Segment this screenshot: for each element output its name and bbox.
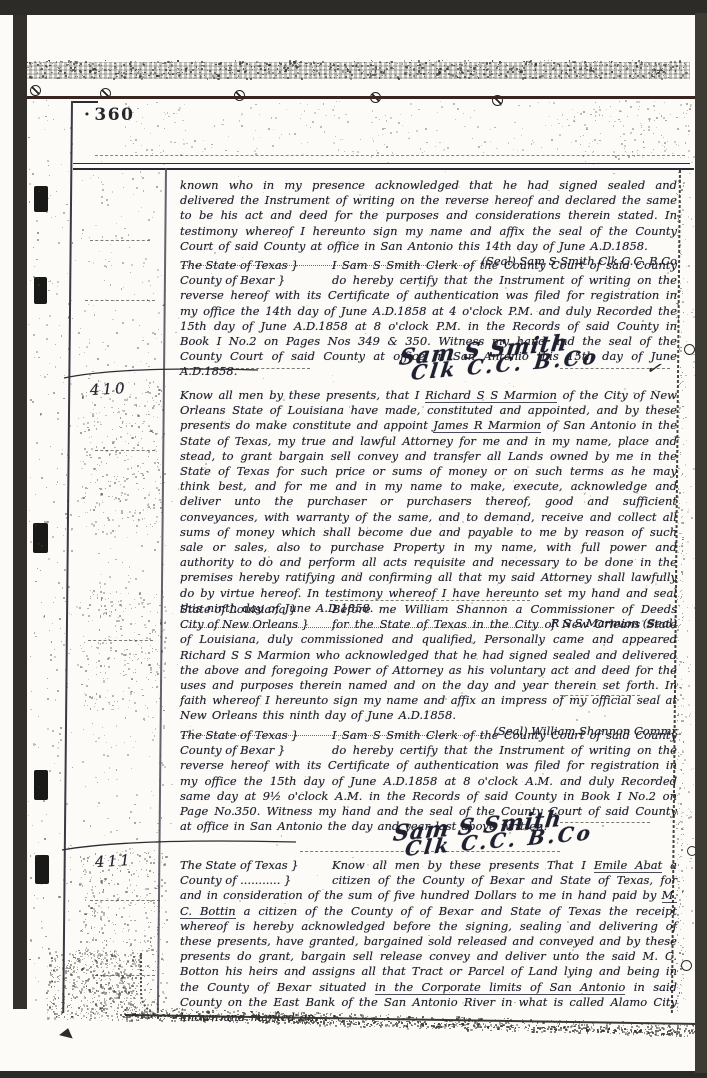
stray-mark-icon [681,960,692,971]
frame-line-top [73,163,690,164]
ruling-dash [95,450,155,451]
hole-punch-mark [34,277,47,304]
deed-entry: State of Louisiana } City of New Orleans… [180,602,677,739]
scan-border-bottom [0,1071,707,1078]
frame-dashed-line [95,155,685,156]
screw-head-icon [30,85,41,96]
page-corner-curve [140,953,184,1017]
header-rule [16,96,707,99]
scan-border-left [13,15,27,1009]
scan-border-right [695,13,707,1073]
scanned-deed-record-page: { "page": { "number": "360" }, "colors":… [0,0,707,1078]
deed-entry: The State of Texas } County of .........… [180,858,677,1025]
hole-punch-mark [33,523,48,553]
ruling-dash [88,640,153,641]
hole-punch-mark [34,186,48,212]
ruling-dash [85,300,155,301]
entry-text: Know all men by these presents, that I R… [180,388,677,616]
entry-number: 410 [90,379,129,399]
entry-number: 411 [95,851,134,871]
scan-border-top [0,0,707,15]
binder-edge-strip [24,62,690,79]
section-divider-curve [60,836,300,852]
page-number: 360 [84,105,134,125]
jurisdiction-clause: The State of Texas } County of Bexar } [180,728,332,758]
entry-text: known who in my presence acknowledged th… [180,178,677,254]
jurisdiction-clause: The State of Texas } County of .........… [180,858,332,888]
frame-corner-hook [72,101,98,103]
stray-triangle-mark [59,1026,75,1038]
frame-line-margin [157,168,167,1013]
ruling-dash [90,900,160,901]
hole-punch-mark [34,770,48,800]
deed-entry: Know all men by these presents, that I R… [180,388,677,631]
ruling-dash [90,240,150,241]
jurisdiction-clause: State of Louisiana } City of New Orleans… [180,602,332,632]
hole-punch-mark [35,855,49,884]
frame-line-left [62,101,73,1013]
deed-entry: known who in my presence acknowledged th… [180,178,677,269]
stray-mark-icon [684,344,695,355]
jurisdiction-clause: The State of Texas } County of Bexar } [180,258,332,288]
